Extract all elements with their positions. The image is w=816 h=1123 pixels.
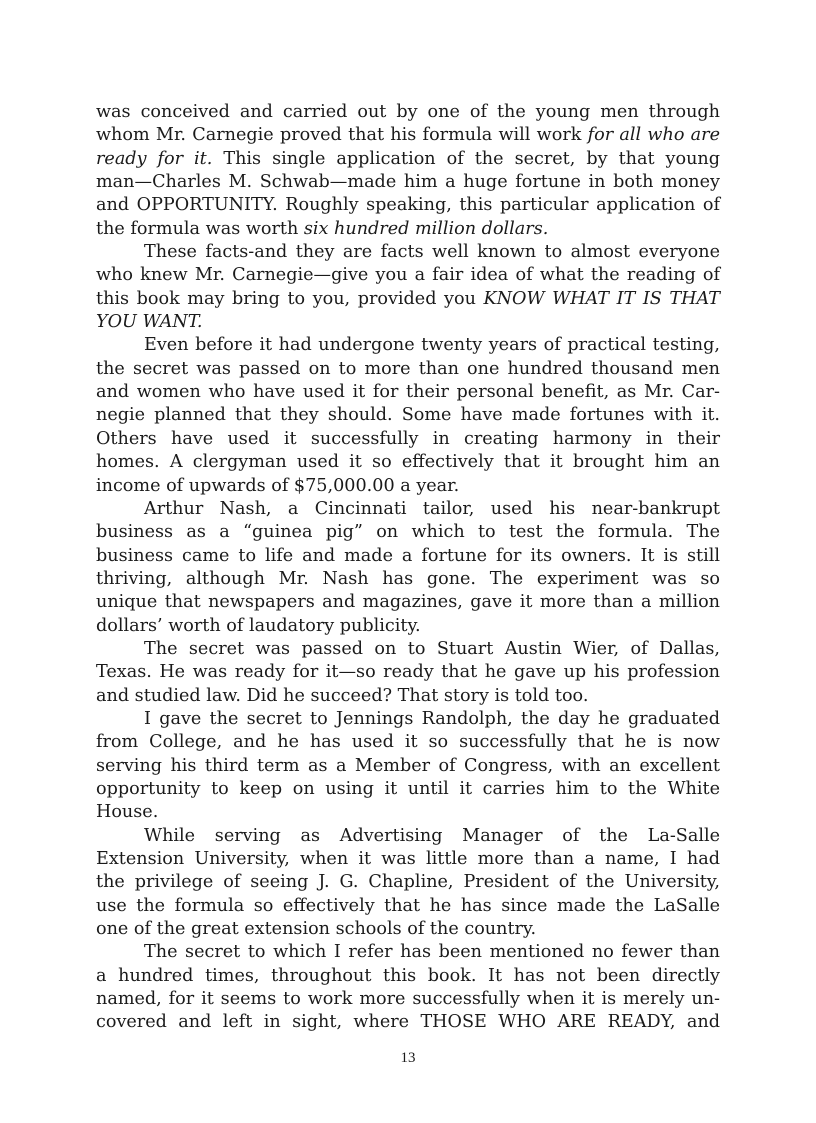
text-line: income of upwards of $75,000.00 a year. bbox=[96, 475, 720, 498]
text-line: House. bbox=[96, 801, 720, 824]
paragraph: Even before it had undergone twenty year… bbox=[96, 334, 720, 497]
text-line: a hundred times, throughout this book. I… bbox=[96, 965, 720, 988]
text-line: unique that newspapers and magazines, ga… bbox=[96, 591, 720, 614]
text-line: These facts-and they are facts well know… bbox=[96, 241, 720, 264]
text-line: business came to life and made a fortune… bbox=[96, 545, 720, 568]
text-line: I gave the secret to Jennings Randolph, … bbox=[96, 708, 720, 731]
paragraph: The secret was passed on to Stuart Austi… bbox=[96, 638, 720, 708]
text-line: Extension University, when it was little… bbox=[96, 848, 720, 871]
book-page: was conceived and carried out by one of … bbox=[0, 0, 816, 1123]
text-line: this book may bring to you, provided you… bbox=[96, 288, 720, 311]
text-line: man—Charles M. Schwab—made him a huge fo… bbox=[96, 171, 720, 194]
text-line: Texas. He was ready for it—so ready that… bbox=[96, 661, 720, 684]
text-line: serving his third term as a Member of Co… bbox=[96, 755, 720, 778]
text-line: the privilege of seeing J. G. Chapline, … bbox=[96, 871, 720, 894]
text-line: from College, and he has used it so succ… bbox=[96, 731, 720, 754]
page-number: 13 bbox=[0, 1050, 816, 1067]
text-line: was conceived and carried out by one of … bbox=[96, 101, 720, 124]
text-line: and studied law. Did he succeed? That st… bbox=[96, 685, 720, 708]
text-line: and women who have used it for their per… bbox=[96, 381, 720, 404]
text-line: opportunity to keep on using it until it… bbox=[96, 778, 720, 801]
text-line: YOU WANT. bbox=[96, 311, 720, 334]
paragraph: The secret to which I refer has been men… bbox=[96, 941, 720, 1034]
paragraph: These facts-and they are facts well know… bbox=[96, 241, 720, 334]
paragraph: Arthur Nash, a Cincinnati tailor, used h… bbox=[96, 498, 720, 638]
body-text: was conceived and carried out by one of … bbox=[96, 101, 720, 1035]
text-line: the formula was worth six hundred millio… bbox=[96, 218, 720, 241]
text-line: business as a “guinea pig” on which to t… bbox=[96, 521, 720, 544]
text-line: Even before it had undergone twenty year… bbox=[96, 334, 720, 357]
text-line: named, for it seems to work more success… bbox=[96, 988, 720, 1011]
text-line: whom Mr. Carnegie proved that his formul… bbox=[96, 124, 720, 147]
text-line: Arthur Nash, a Cincinnati tailor, used h… bbox=[96, 498, 720, 521]
text-line: thriving, although Mr. Nash has gone. Th… bbox=[96, 568, 720, 591]
text-line: homes. A clergyman used it so effectivel… bbox=[96, 451, 720, 474]
paragraph: While serving as Advertising Manager of … bbox=[96, 825, 720, 942]
text-line: dollars’ worth of laudatory publicity. bbox=[96, 615, 720, 638]
text-line: ready for it. This single application of… bbox=[96, 148, 720, 171]
text-line: The secret to which I refer has been men… bbox=[96, 941, 720, 964]
text-line: covered and left in sight, where THOSE W… bbox=[96, 1011, 720, 1034]
text-line: use the formula so effectively that he h… bbox=[96, 895, 720, 918]
text-line: Others have used it successfully in crea… bbox=[96, 428, 720, 451]
text-line: While serving as Advertising Manager of … bbox=[96, 825, 720, 848]
text-line: the secret was passed on to more than on… bbox=[96, 358, 720, 381]
text-line: one of the great extension schools of th… bbox=[96, 918, 720, 941]
text-line: negie planned that they should. Some hav… bbox=[96, 404, 720, 427]
paragraph: was conceived and carried out by one of … bbox=[96, 101, 720, 241]
text-line: The secret was passed on to Stuart Austi… bbox=[96, 638, 720, 661]
text-line: and OPPORTUNITY. Roughly speaking, this … bbox=[96, 194, 720, 217]
text-line: who knew Mr. Carnegie—give you a fair id… bbox=[96, 264, 720, 287]
paragraph: I gave the secret to Jennings Randolph, … bbox=[96, 708, 720, 825]
